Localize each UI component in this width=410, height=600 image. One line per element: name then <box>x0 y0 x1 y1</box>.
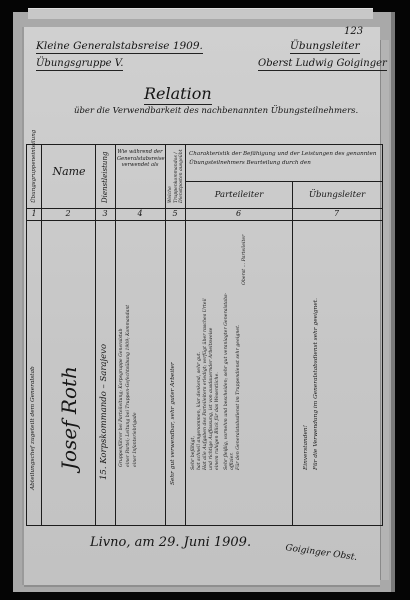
date-place: Livno, am 29. Juni 1909. <box>90 535 251 550</box>
cell-party-leader-line: einem ruhigen Blick für das Wesentliche. <box>215 372 222 470</box>
evaluation-table: Übungsgruppeneinteilung Name Dienstleist… <box>26 144 383 526</box>
column-divider <box>95 145 96 525</box>
header-group: Übungsgruppeneinteilung <box>31 130 38 203</box>
document-subtitle: über die Verwendbarkeit des nachbenannte… <box>74 106 358 116</box>
column-number: 2 <box>41 209 95 218</box>
cell-used-as-line: einer Partei; Leitung bei Truppen-Gefech… <box>126 305 133 467</box>
header-party-leader: Parteileiter <box>186 190 292 200</box>
page-number: 123 <box>344 26 363 37</box>
cell-party-leader-line: Für den Generalstabsdienst im Truppendie… <box>236 324 243 470</box>
cell-party-leader-line: Sehr fleißig, vornehm und bescheiden; se… <box>224 293 231 470</box>
column-number: 4 <box>115 209 165 218</box>
cell-party-leader-signature: Oberst ... Parteileiter <box>242 235 249 285</box>
header-characterization: Charakteristik der Befähigung und der Le… <box>189 150 379 168</box>
page-backing-top <box>28 8 373 19</box>
leader-label: Übungsleiter <box>290 40 360 54</box>
column-divider <box>41 145 42 525</box>
column-divider <box>115 145 116 525</box>
cell-service: 15. Korpskommando – Sarajevo <box>99 344 109 480</box>
cell-exercise-leader-line: Für die Verwendung im Generalstabsdienst… <box>313 298 319 470</box>
cell-used-as-line: einer Infanteriebrigade <box>133 412 140 467</box>
row-divider <box>27 220 382 221</box>
column-number: 7 <box>292 209 381 218</box>
column-number: 3 <box>95 209 115 218</box>
header-name: Name <box>43 165 95 178</box>
cell-commands: Sehr gut verwendbar, sehr guter Arbeiter <box>170 362 176 485</box>
header-commands: Welche Truppenkommandos / Dienstposten a… <box>168 148 185 203</box>
cell-exercise-leader-line: Einverstanden! <box>303 425 309 470</box>
column-divider <box>165 145 166 525</box>
header-exercise-leader: Übungsleiter <box>293 190 381 200</box>
document-title: Relation <box>144 84 212 105</box>
exercise-group: Übungsgruppe V. <box>36 58 123 71</box>
header-service: Dienstleistung <box>101 152 109 203</box>
header-used-as: Wie während der Generalstabsreise verwen… <box>117 149 163 169</box>
column-number: 1 <box>27 209 41 218</box>
column-divider <box>292 181 293 525</box>
cell-used-as-line: Gruppenführer bei Parteileitung; Korpsgr… <box>119 329 126 467</box>
cell-name: Josef Roth <box>57 366 81 470</box>
row-divider <box>185 181 382 182</box>
column-divider <box>185 145 186 525</box>
column-number: 6 <box>185 209 292 218</box>
leader-name: Oberst Ludwig Goiginger <box>258 58 387 71</box>
cell-group: Abteilungschef zugeteilt dem Generalstab <box>30 366 36 490</box>
exercise-title: Kleine Generalstabsreise 1909. <box>36 40 203 54</box>
column-number: 5 <box>165 209 185 218</box>
